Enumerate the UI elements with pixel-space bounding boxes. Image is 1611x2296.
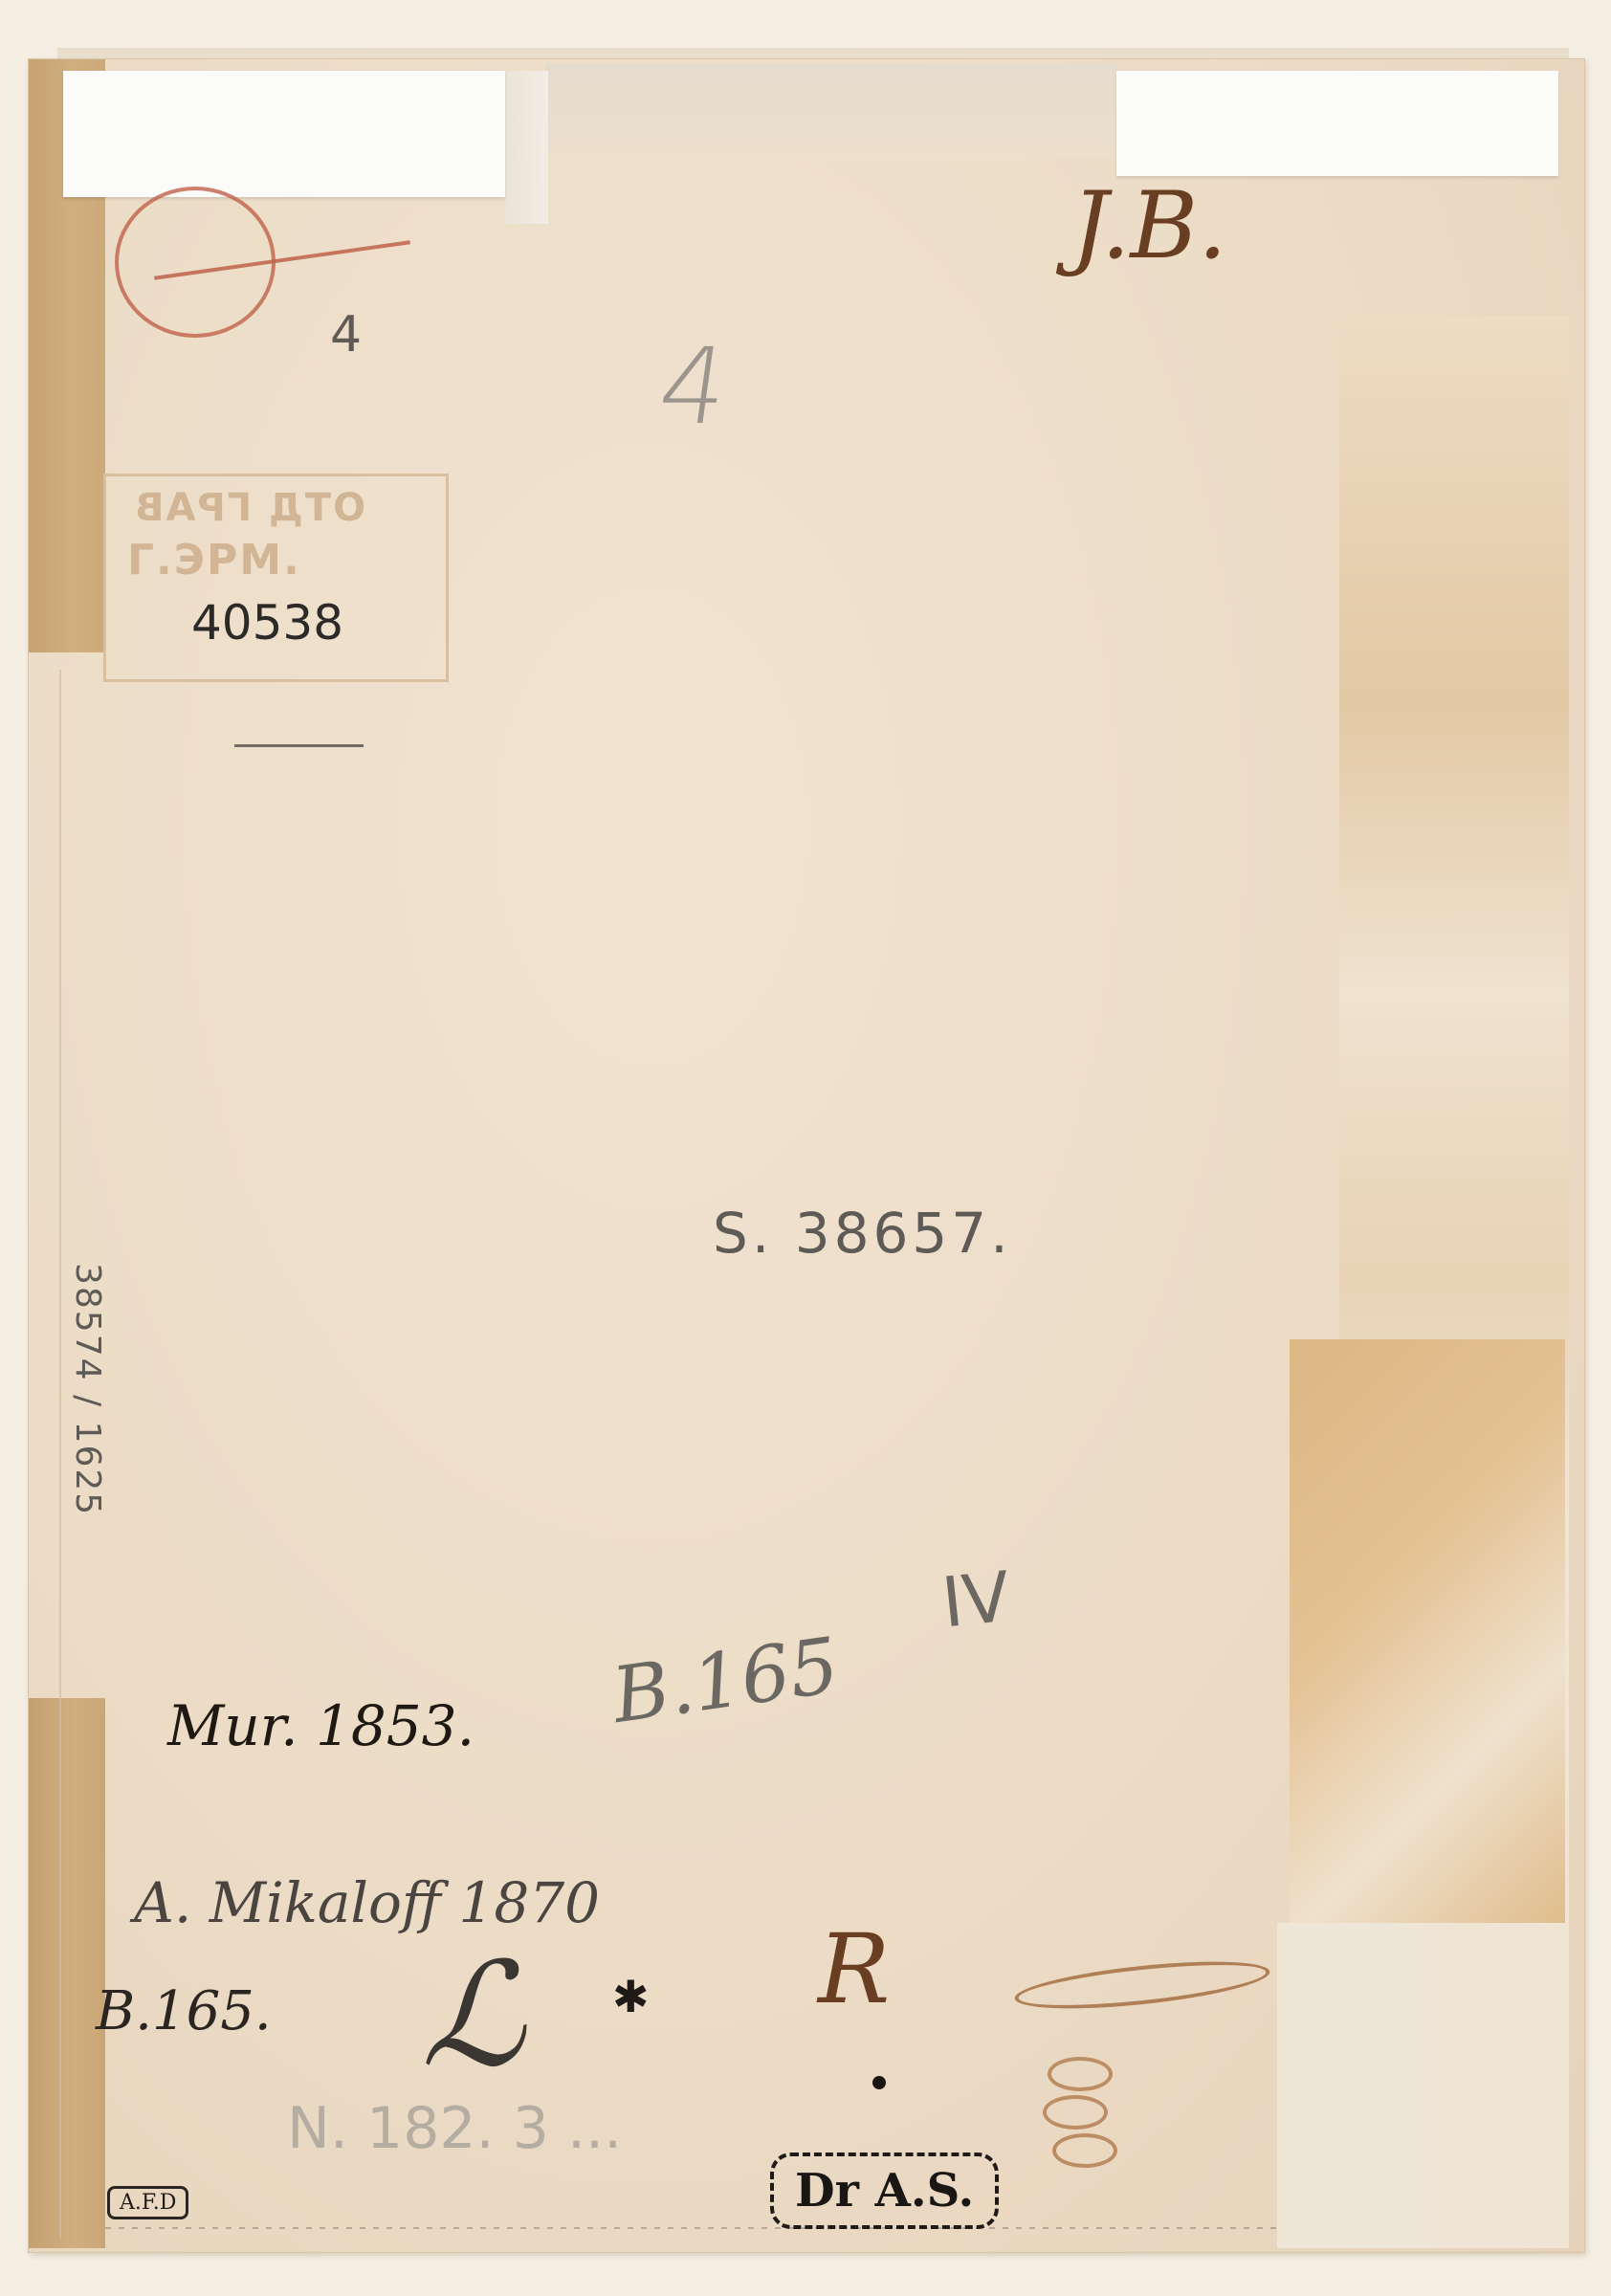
ink-dot (872, 2076, 886, 2089)
brown-coil-3 (1052, 2133, 1117, 2168)
stamp-afd: A.F.D (107, 2186, 188, 2219)
vertical-note: 38574 / 1625 (68, 1263, 107, 1516)
number-four-small: 4 (330, 306, 362, 364)
right-hinge-patch (1290, 1339, 1565, 1923)
paraph-mark: ℒ (421, 1932, 524, 2099)
mounting-tape-left (63, 71, 505, 197)
signature-jb: J.B. (1071, 172, 1227, 279)
tape-fiber-residue (505, 71, 548, 224)
roman-numeral: IV (938, 1556, 1014, 1644)
stamp-number: 40538 (191, 595, 343, 651)
bottom-dotted-line (105, 2227, 1282, 2229)
ink-dash (234, 744, 364, 747)
owner-note: A. Mikaloff 1870 (134, 1870, 600, 1935)
asterisk-mark: ✱ (612, 1971, 650, 2022)
brown-coil-2 (1043, 2095, 1108, 2130)
stamp-dr-as: Dr A.S. (770, 2152, 999, 2229)
right-lower-patch (1277, 1923, 1430, 2248)
mounting-tape-right (1116, 71, 1558, 176)
top-paper-strip (545, 63, 1119, 159)
hinge-tape-left-bottom (29, 1698, 105, 2248)
faint-inscription: N. 182. 3 ... (287, 2095, 622, 2162)
stamp-line-1: ОТД ГРАВ (133, 486, 365, 530)
stamp-line-2: Г.ЭРМ. (127, 536, 301, 585)
brown-coil-1 (1048, 2057, 1113, 2091)
collection-stamp: ОТД ГРАВ Г.ЭРМ. (103, 474, 449, 682)
dated-note: Mur. 1853. (167, 1693, 474, 1758)
left-fold-line (59, 670, 61, 2239)
inventory-number: S. 38657. (713, 1201, 1012, 1266)
bartsch-ref-ink: B.165. (96, 1980, 272, 2042)
brown-initial: R (818, 1913, 890, 2025)
